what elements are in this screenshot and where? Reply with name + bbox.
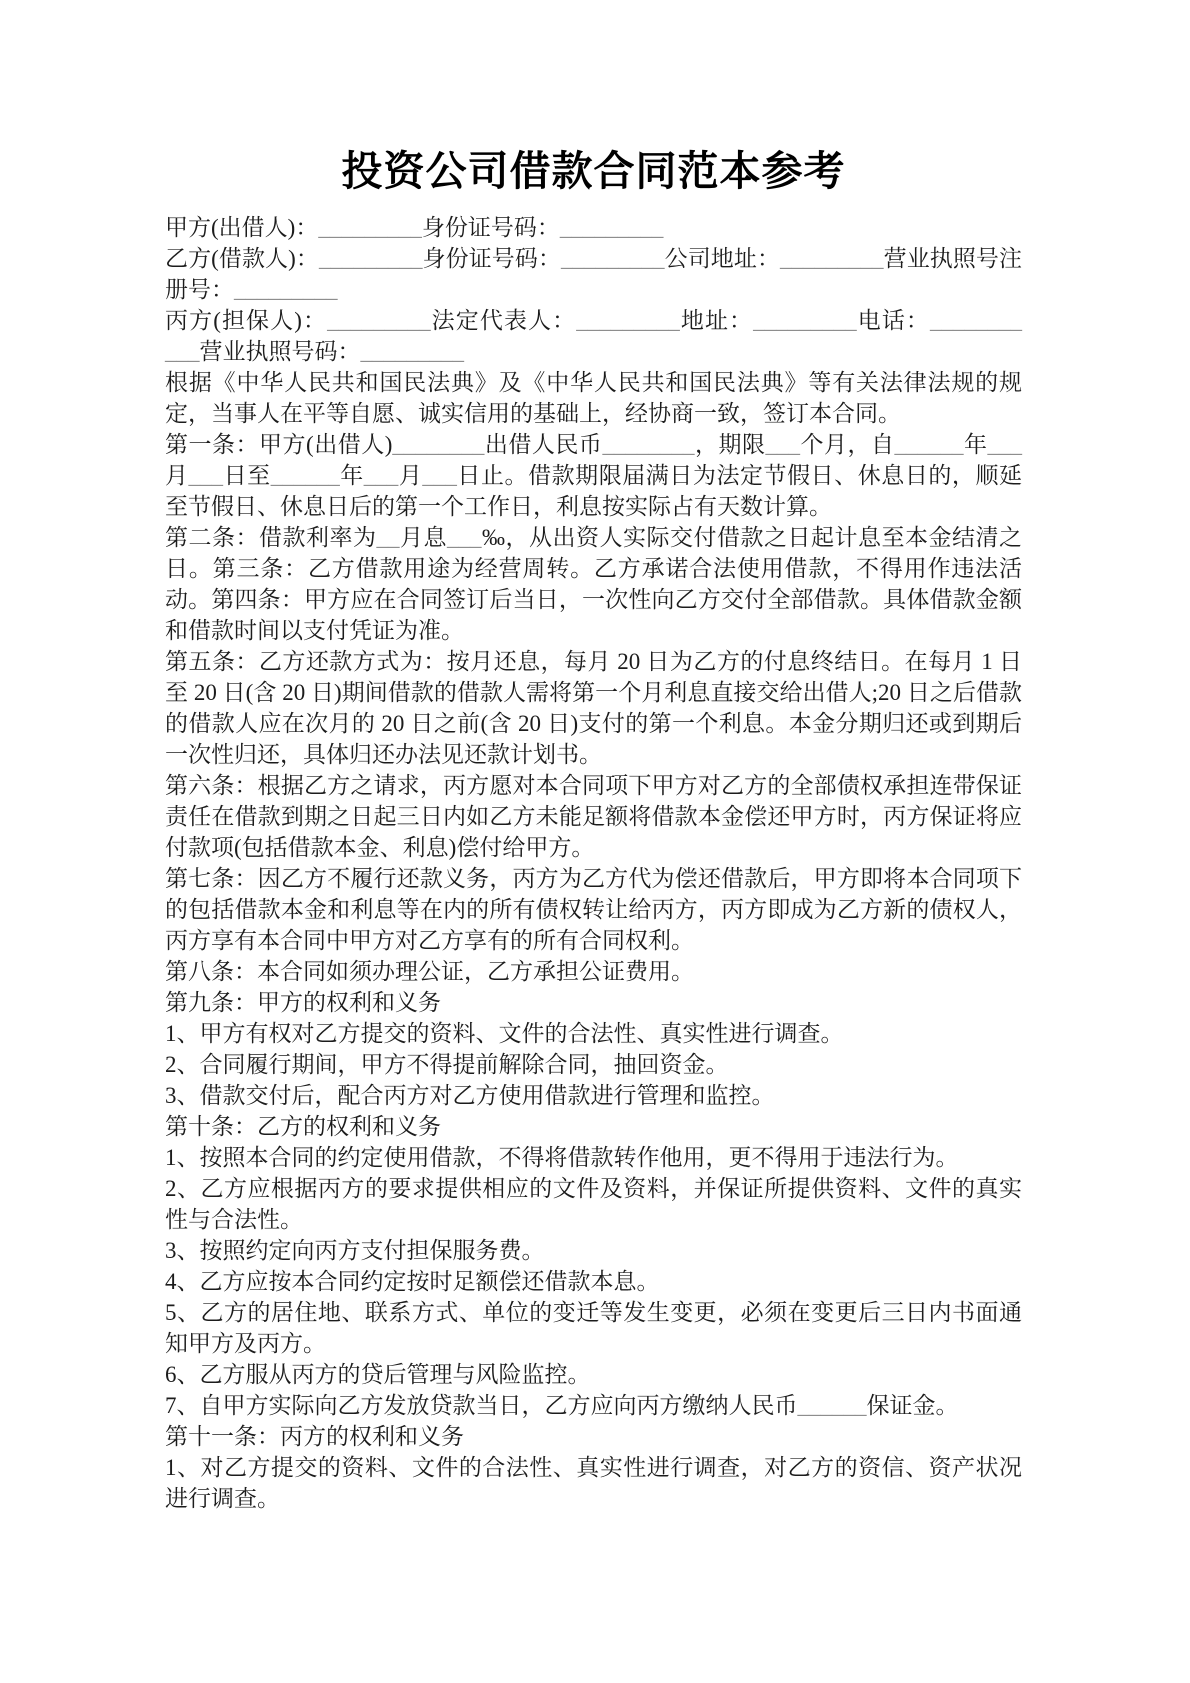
blank-line: ______ [798, 1393, 867, 1418]
paragraph: 第七条：因乙方不履行还款义务，丙方为乙方代为偿还借款后，甲方即将本合同项下的包括… [165, 863, 1022, 956]
paragraph: 3、按照约定向丙方支付担保服务费。 [165, 1235, 1022, 1266]
blank-line: _________ [561, 246, 665, 271]
paragraph: 6、乙方服从丙方的贷后管理与风险监控。 [165, 1359, 1022, 1390]
blank-line: ________ [602, 432, 694, 457]
blank-line: _________ [576, 308, 680, 333]
document-title: 投资公司借款合同范本参考 [165, 143, 1022, 199]
paragraph: 3、借款交付后，配合丙方对乙方使用借款进行管理和监控。 [165, 1080, 1022, 1111]
paragraph: 第九条：甲方的权利和义务 [165, 987, 1022, 1018]
blank-line: ___ [988, 432, 1023, 457]
blank-line: _________ [753, 308, 857, 333]
blank-line: ________ [392, 432, 484, 457]
blank-line: _________ [560, 215, 664, 240]
paragraph: 2、合同履行期间，甲方不得提前解除合同，抽回资金。 [165, 1049, 1022, 1080]
paragraph: 1、甲方有权对乙方提交的资料、文件的合法性、真实性进行调查。 [165, 1018, 1022, 1049]
blank-line: ___ [165, 339, 200, 364]
blank-line: _________ [327, 308, 431, 333]
paragraph: 丙方(担保人)：_________法定代表人：_________地址：_____… [165, 305, 1022, 367]
blank-line: ___ [364, 463, 399, 488]
paragraph: 第八条：本合同如须办理公证，乙方承担公证费用。 [165, 956, 1022, 987]
paragraph: 第一条：甲方(出借人)________出借人民币________，期限___个月… [165, 429, 1022, 522]
paragraph: 4、乙方应按本合同约定按时足额偿还借款本息。 [165, 1266, 1022, 1297]
paragraph: 1、按照本合同的约定使用借款，不得将借款转作他用，更不得用于违法行为。 [165, 1142, 1022, 1173]
document-body: 甲方(出借人)：_________身份证号码：_________乙方(借款人)：… [165, 212, 1022, 1514]
paragraph: 第二条：借款利率为__月息___‰，从出资人实际交付借款之日起计息至本金结清之日… [165, 522, 1022, 646]
blank-line: _________ [234, 277, 338, 302]
blank-line: _________ [780, 246, 884, 271]
paragraph: 第十条：乙方的权利和义务 [165, 1111, 1022, 1142]
paragraph: 2、乙方应根据丙方的要求提供相应的文件及资料，并保证所提供资料、文件的真实性与合… [165, 1173, 1022, 1235]
paragraph: 第十一条：丙方的权利和义务 [165, 1421, 1022, 1452]
blank-line: ______ [895, 432, 964, 457]
paragraph: 第六条：根据乙方之请求，丙方愿对本合同项下甲方对乙方的全部债权承担连带保证责任在… [165, 770, 1022, 863]
paragraph: 7、自甲方实际向乙方发放贷款当日，乙方应向丙方缴纳人民币______保证金。 [165, 1390, 1022, 1421]
contract-page: 投资公司借款合同范本参考 甲方(出借人)：_________身份证号码：____… [0, 0, 1190, 1683]
blank-line: ___ [422, 463, 457, 488]
blank-line: ___ [189, 463, 224, 488]
blank-line: ___ [765, 432, 800, 457]
blank-line: ________ [930, 308, 1022, 333]
paragraph: 5、乙方的居住地、联系方式、单位的变迁等发生变更，必须在变更后三日内书面通知甲方… [165, 1297, 1022, 1359]
blank-line: ______ [271, 463, 340, 488]
blank-line: _________ [318, 215, 422, 240]
blank-line: _________ [361, 339, 465, 364]
blank-line: _________ [319, 246, 423, 271]
paragraph: 根据《中华人民共和国民法典》及《中华人民共和国民法典》等有关法律法规的规定，当事… [165, 367, 1022, 429]
paragraph: 乙方(借款人)：_________身份证号码：_________公司地址：___… [165, 243, 1022, 305]
blank-line: ___ [447, 525, 482, 550]
paragraph: 甲方(出借人)：_________身份证号码：_________ [165, 212, 1022, 243]
blank-line: __ [377, 525, 400, 550]
paragraph: 第五条：乙方还款方式为：按月还息，每月 20 日为乙方的付息终结日。在每月 1 … [165, 646, 1022, 770]
paragraph: 1、对乙方提交的资料、文件的合法性、真实性进行调查，对乙方的资信、资产状况进行调… [165, 1452, 1022, 1514]
